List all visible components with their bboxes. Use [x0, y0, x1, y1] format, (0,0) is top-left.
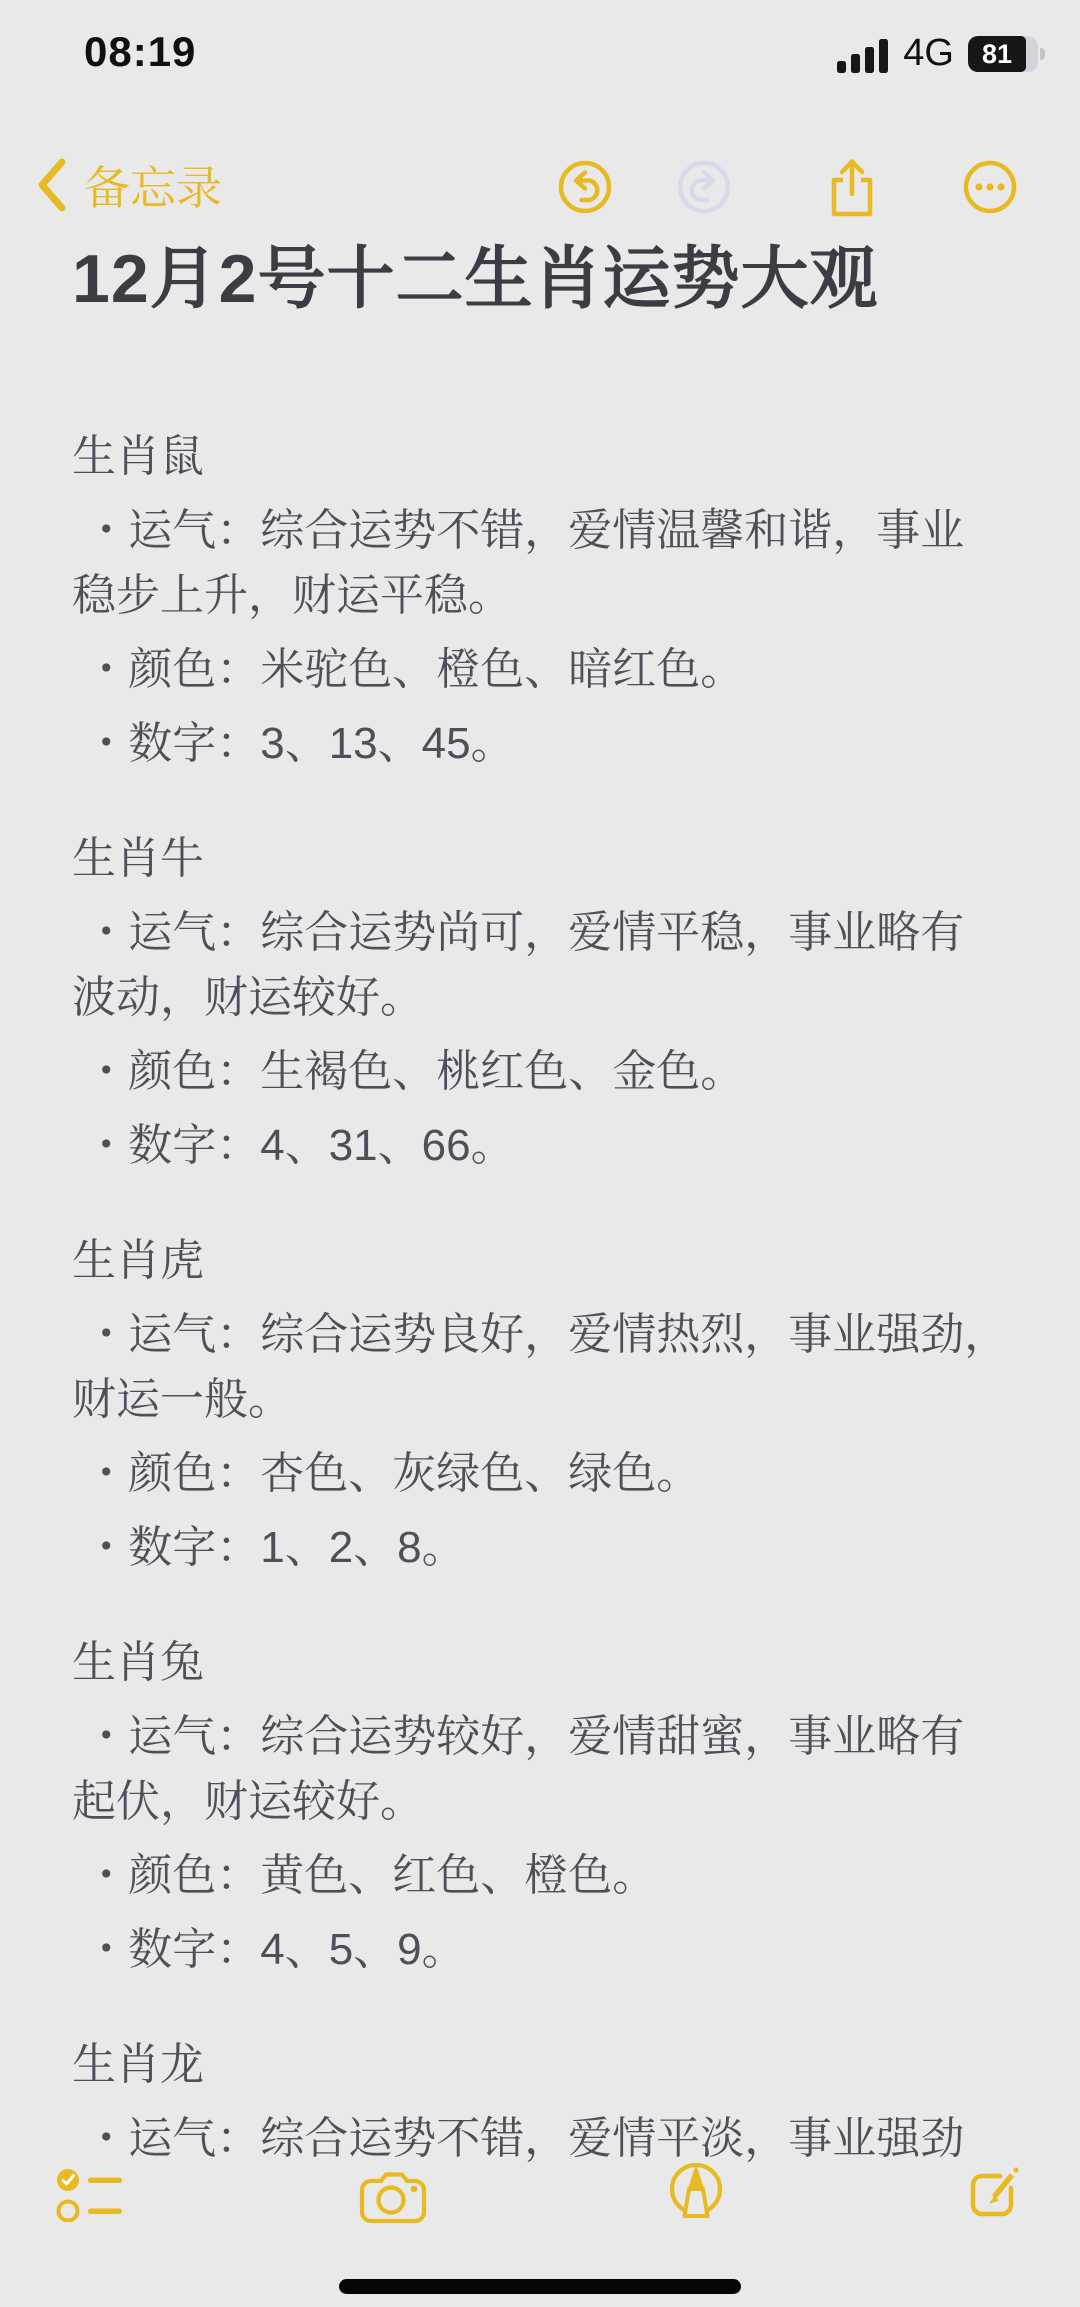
numbers-line: ・数字：4、5、9。: [72, 1917, 1032, 1982]
redo-icon: [676, 159, 732, 215]
numbers-line: ・数字：3、13、45。: [72, 711, 1032, 776]
zodiac-section-rat: 生肖鼠 ・运气：综合运势不错，爱情温馨和谐，事业 稳步上升，财运平稳。 ・颜色：…: [72, 424, 1032, 776]
checklist-icon: [56, 2166, 124, 2222]
markup-button[interactable]: [665, 2162, 727, 2228]
section-heading: 生肖鼠: [72, 424, 1032, 489]
numbers-line: ・数字：4、31、66。: [72, 1113, 1032, 1178]
numbers-line: ・数字：1、2、8。: [72, 1515, 1032, 1580]
battery-cap: [1040, 48, 1045, 60]
luck-line: ・运气：综合运势不错，爱情温馨和谐，事业 稳步上升，财运平稳。: [72, 498, 1032, 628]
zodiac-section-rabbit: 生肖兔 ・运气：综合运势较好，爱情甜蜜，事业略有 起伏，财运较好。 ・颜色：黄色…: [72, 1630, 1032, 1982]
luck-line: ・运气：综合运势尚可，爱情平稳，事业略有 波动，财运较好。: [72, 900, 1032, 1030]
undo-button[interactable]: [557, 157, 613, 217]
section-heading: 生肖虎: [72, 1228, 1032, 1293]
more-options-button[interactable]: [962, 157, 1018, 217]
undo-icon: [557, 159, 613, 215]
ellipsis-circle-icon: [962, 159, 1018, 215]
luck-line: ・运气：综合运势较好，爱情甜蜜，事业略有 起伏，财运较好。: [72, 1704, 1032, 1834]
redo-button[interactable]: [676, 157, 732, 217]
compose-button[interactable]: [963, 2164, 1023, 2224]
colors-line: ・颜色：米驼色、橙色、暗红色。: [72, 637, 1032, 702]
checklist-button[interactable]: [56, 2166, 124, 2222]
section-heading: 生肖牛: [72, 826, 1032, 891]
colors-line: ・颜色：生褐色、桃红色、金色。: [72, 1039, 1032, 1104]
section-heading: 生肖龙: [72, 2032, 1032, 2097]
note-title: 12月2号十二生肖运势大观: [72, 236, 1032, 322]
zodiac-section-tiger: 生肖虎 ・运气：综合运势良好，爱情热烈，事业强劲， 财运一般。 ・颜色：杏色、灰…: [72, 1228, 1032, 1580]
nav-bar: 备忘录: [0, 140, 1080, 230]
luck-line: ・运气：综合运势良好，爱情热烈，事业强劲， 财运一般。: [72, 1302, 1032, 1432]
home-indicator[interactable]: [339, 2279, 741, 2294]
section-heading: 生肖兔: [72, 1630, 1032, 1695]
camera-button[interactable]: [358, 2172, 428, 2224]
zodiac-section-ox: 生肖牛 ・运气：综合运势尚可，爱情平稳，事业略有 波动，财运较好。 ・颜色：生褐…: [72, 826, 1032, 1178]
chevron-left-icon: [34, 156, 68, 214]
battery-percent: 81: [968, 36, 1026, 72]
colors-line: ・颜色：杏色、灰绿色、绿色。: [72, 1441, 1032, 1506]
pen-tip-circle-icon: [665, 2162, 727, 2228]
notes-app-screen: 08:19 4G 81 备忘录: [0, 0, 1080, 2307]
back-button[interactable]: 备忘录: [34, 140, 222, 230]
share-button[interactable]: [824, 157, 880, 217]
network-type-label: 4G: [903, 32, 954, 75]
note-editor[interactable]: 12月2号十二生肖运势大观 生肖鼠 ・运气：综合运势不错，爱情温馨和谐，事业 稳…: [0, 220, 1080, 2170]
colors-line: ・颜色：黄色、红色、橙色。: [72, 1843, 1032, 1908]
zodiac-section-dragon: 生肖龙 ・运气：综合运势不错，爱情平淡，事业强劲: [72, 2032, 1032, 2170]
status-time: 08:19: [84, 28, 196, 76]
back-label: 备忘录: [84, 152, 222, 218]
share-icon: [826, 156, 878, 218]
status-bar: 08:19 4G 81: [0, 0, 1080, 100]
battery-indicator: 81: [968, 36, 1038, 72]
bottom-toolbar: [0, 2158, 1080, 2248]
status-right-cluster: 4G 81: [837, 32, 1038, 75]
camera-icon: [358, 2172, 428, 2224]
cellular-signal-icon: [837, 35, 889, 73]
compose-icon: [963, 2164, 1023, 2224]
